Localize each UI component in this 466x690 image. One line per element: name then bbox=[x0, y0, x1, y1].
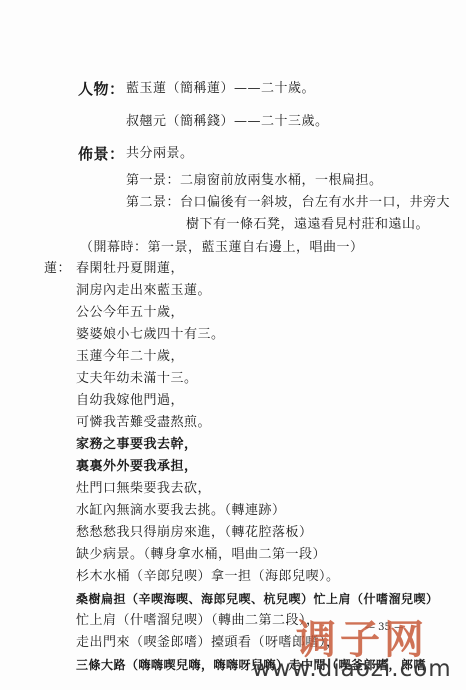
lyric-line: 玉蓮今年二十歲， bbox=[76, 348, 184, 366]
speaker-label: 蓮： bbox=[44, 260, 71, 278]
character-1: 藍玉蓮（簡稱蓮）——二十歲。 bbox=[126, 80, 315, 98]
watermark-url: www.diaozi.com bbox=[252, 656, 452, 682]
scenes-intro: 共分兩景。 bbox=[126, 145, 194, 163]
character-2: 叔翹元（簡稱錢）——二十三歲。 bbox=[126, 113, 329, 131]
lyric-line: 裏裏外外要我承担， bbox=[76, 458, 198, 476]
lyric-line: 可憐我苦難受盡熬煎。 bbox=[76, 414, 211, 432]
scene-2-description-line-1: 第二景：台口偏後有一斜坡，台左有水井一口，井旁大 bbox=[126, 194, 450, 212]
lyric-line: 婆婆娘小七歲四十有三。 bbox=[76, 326, 225, 344]
lyric-line: 愁愁愁我只得崩房來進，（轉花腔落板） bbox=[76, 524, 313, 542]
scene-1-description: 第一景：二扇窗前放兩隻水桶，一根扁担。 bbox=[126, 172, 383, 190]
lyric-line: 忙上肩（什嗜溜兒喫）（轉曲二第二段）， bbox=[76, 612, 320, 630]
characters-label: 人物： bbox=[78, 80, 125, 98]
lyric-line: 桑樹扁担（辛喫海喫、海郎兒喫、杭兒喫）忙上肩（什嗜溜兒喫） bbox=[76, 590, 439, 608]
lyric-line: 灶門口無柴要我去砍， bbox=[76, 480, 211, 498]
lyric-line: 洞房內走出來藍玉蓮。 bbox=[76, 282, 211, 300]
lyric-line: 水缸內無滴水要我去挑。（轉連跡） bbox=[76, 502, 286, 520]
scene-2-description-line-2: 樹下有一條石凳，遠遠看見村莊和遠山。 bbox=[186, 216, 429, 234]
stage-direction: （開幕時：第一景，藍玉蓮自右邊上，唱曲一） bbox=[80, 239, 364, 257]
lyric-line: 家務之事要我去幹， bbox=[76, 436, 198, 454]
lyric-line: 自幼我嫁他門過， bbox=[76, 392, 184, 410]
lyric-line: 缺少病景。（轉身拿水桶，唱曲二第一段） bbox=[76, 546, 326, 564]
scenes-label: 佈景： bbox=[78, 145, 125, 163]
lyric-line: 丈夫年幼未滿十三。 bbox=[76, 370, 198, 388]
lyric-line: 杉木水桶（辛郎兒喫）拿一担（海郎兒喫）。 bbox=[76, 568, 340, 586]
lyric-line: 春閑牡丹夏開蓮， bbox=[76, 260, 184, 278]
lyric-line: 公公今年五十歲， bbox=[76, 304, 184, 322]
